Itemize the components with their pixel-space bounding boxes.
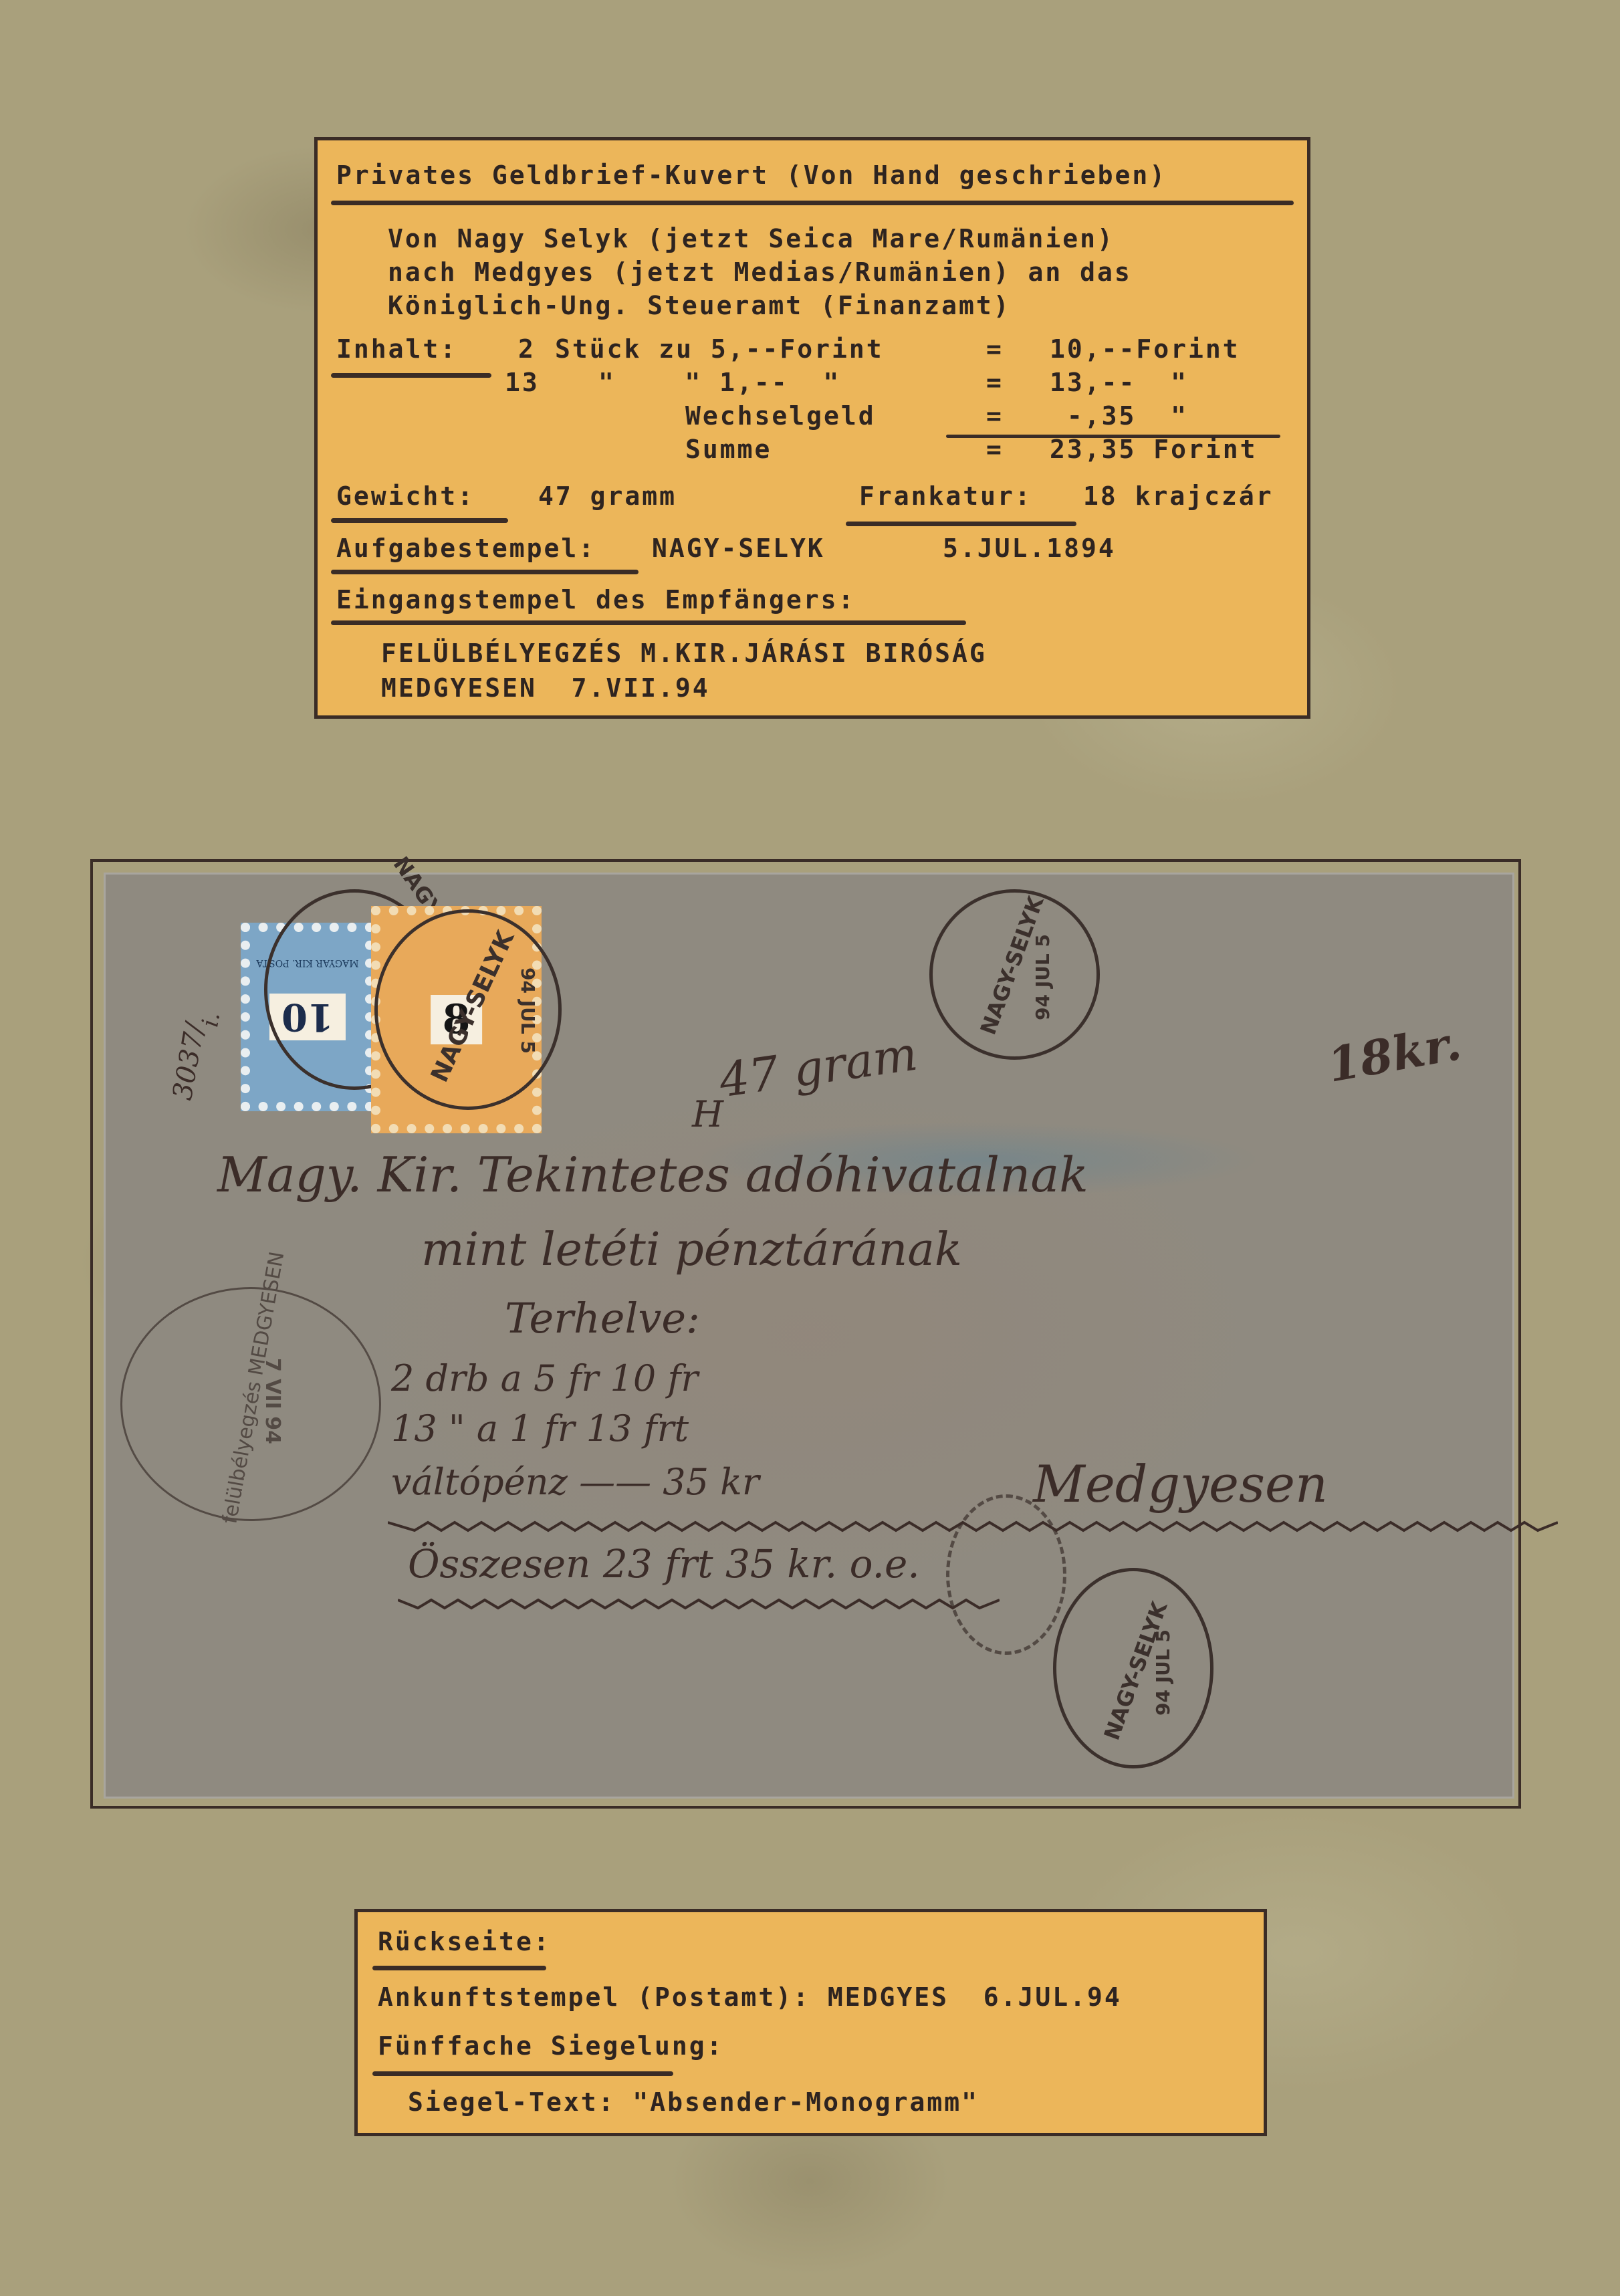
postage-note: 18kr.: [1323, 1015, 1465, 1093]
card-title: Privates Geldbrief-Kuvert (Von Hand gesc…: [336, 160, 1167, 190]
title-underline: [331, 201, 1294, 205]
route-line-2: nach Medgyes (jetzt Medias/Rumänien) an …: [388, 257, 1132, 287]
receipt-underline: [331, 620, 966, 625]
cancel-nagy-selyk-3: NAGY-SELYK 94 JUL 5: [929, 889, 1100, 1060]
envelope: MAGYAR KIR. POSTA 10 NAGY-SELYK 8 NAGY-S…: [104, 873, 1514, 1799]
cancel-nagy-selyk-4: NAGY-SELYK 94 JUL 5: [1053, 1568, 1213, 1768]
receipt-line-1: FELÜLBÉLYEGZÉS M.KIR.JÁRÁSI BIRÓSÁG: [381, 639, 987, 668]
wavy-rule-1: [388, 1516, 1558, 1536]
franking-underline: [846, 522, 1076, 526]
seal-heading: Fünffache Siegelung:: [378, 2031, 724, 2061]
reverse-underline: [372, 1966, 546, 1970]
weight-value: 47 gramm: [538, 481, 677, 511]
reverse-heading: Rückseite:: [378, 1927, 551, 1956]
address-line-2: mint letéti pénztárának: [421, 1224, 962, 1276]
initial-note: H: [692, 1093, 723, 1135]
dispatch-date: 5.JUL.1894: [943, 534, 1116, 563]
route-line-1: Von Nagy Selyk (jetzt Seica Mare/Rumänie…: [388, 224, 1115, 253]
weight-note: 47 gram: [716, 1026, 921, 1109]
arrival-postmark: Ankunftstempel (Postamt): MEDGYES 6.JUL.…: [378, 1982, 1122, 2012]
address-line-6: váltópénz —— 35 kr: [391, 1461, 760, 1503]
cancel-nagy-selyk-2: NAGY-SELYK 94 JUL 5: [374, 909, 562, 1110]
seal-text: Siegel-Text: "Absender-Monogramm": [408, 2087, 979, 2117]
wavy-rule-2: [398, 1593, 1000, 1613]
receipt-line-2: MEDGYESEN 7.VII.94: [381, 673, 710, 703]
contents-heading: Inhalt:: [336, 334, 457, 364]
weight-label: Gewicht:: [336, 481, 475, 511]
dispatch-underline: [331, 570, 639, 574]
route-line-3: Königlich-Ung. Steueramt (Finanzamt): [388, 291, 1011, 320]
weight-underline: [331, 518, 508, 523]
address-line-3: Terhelve:: [505, 1294, 700, 1343]
pencil-reference: 3037/: [167, 1021, 211, 1103]
dispatch-value: NAGY-SELYK: [652, 534, 825, 563]
receipt-label: Eingangstempel des Empfängers:: [336, 585, 855, 614]
franking-label: Frankatur:: [859, 481, 1032, 511]
address-line-5: 13 " a 1 fr 13 frt: [391, 1407, 689, 1450]
seal-underline: [372, 2071, 673, 2076]
dispatch-label: Aufgabestempel:: [336, 534, 596, 563]
destination-town: Medgyesen: [1033, 1454, 1328, 1514]
address-line-7: Összesen 23 frt 35 kr. o.e.: [408, 1541, 920, 1587]
address-line-4: 2 drb a 5 fr 10 fr: [391, 1357, 698, 1399]
description-card: Privates Geldbrief-Kuvert (Von Hand gesc…: [314, 137, 1310, 719]
contents-underline: [331, 373, 491, 378]
cancel-medgyesen-court: felülbélyegzés MEDGYESEN 7 VII 94: [120, 1287, 381, 1521]
address-line-1: Magy. Kir. Tekintetes adóhivatalnak: [217, 1147, 1088, 1203]
franking-value: 18 krajczár: [1083, 481, 1274, 511]
reverse-side-card: Rückseite: Ankunftstempel (Postamt): MED…: [354, 1909, 1267, 2136]
